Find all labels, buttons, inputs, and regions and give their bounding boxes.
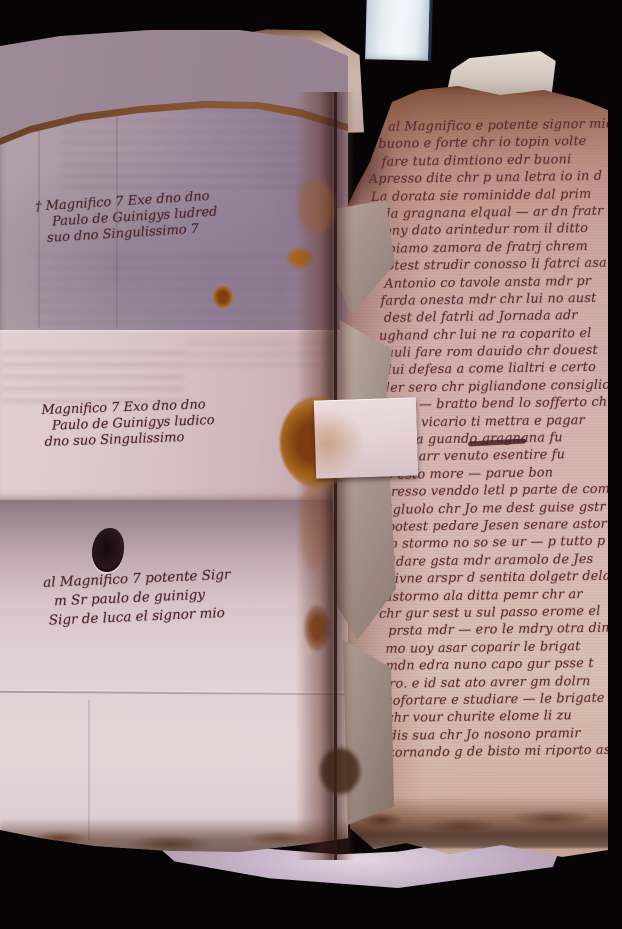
- handwriting-line: ritornando g de bisto mi riporto assto: [379, 742, 622, 763]
- address-block-3: al Magnifico 7 potente Sigr m Sr paulo d…: [33, 566, 233, 632]
- manuscript-photo: al Magnifico e potente signor mio d buon…: [0, 0, 622, 929]
- address-block-2: Magnifico 7 Exo dno dno Paulo de Guinigy…: [41, 397, 215, 451]
- amber-stain: [298, 178, 334, 234]
- white-bookmark-tab: [365, 0, 433, 61]
- paper-slip: [314, 397, 418, 478]
- bleedthrough-text: [2, 342, 184, 402]
- dark-stain: [320, 748, 360, 794]
- amber-streak: [300, 478, 326, 570]
- small-amber-stain: [210, 282, 236, 312]
- bleedthrough-text: [36, 248, 304, 324]
